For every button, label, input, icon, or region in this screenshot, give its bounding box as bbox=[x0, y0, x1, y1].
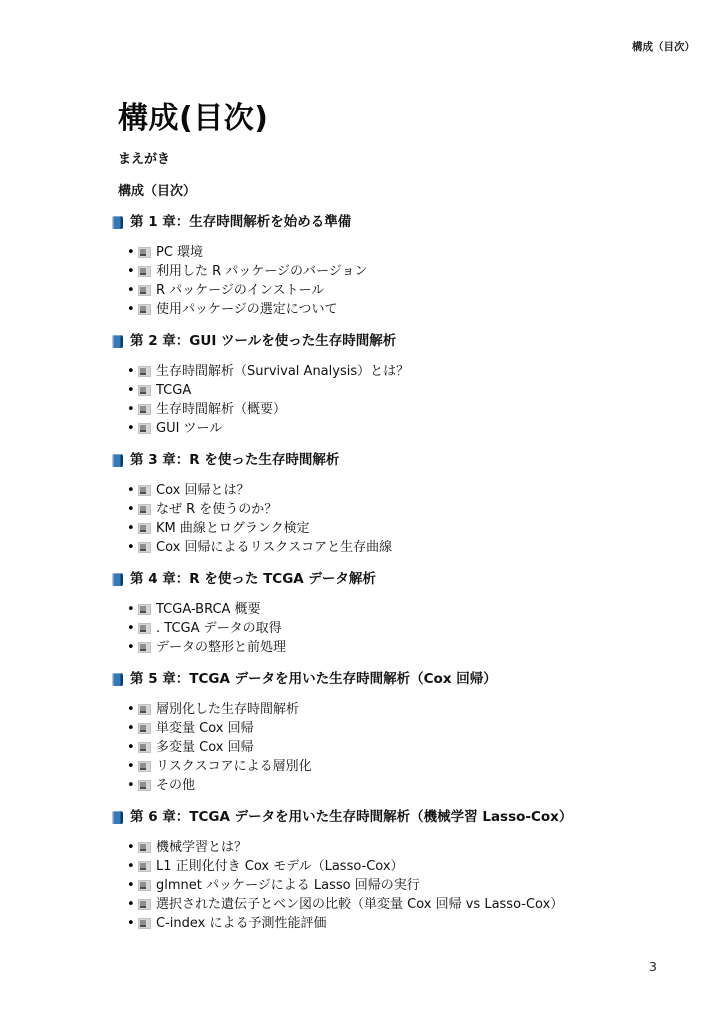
toc-item: •C-index による予測性能評価 bbox=[118, 914, 688, 933]
chapter-heading: 第 4 章：R を使った TCGA データ解析 bbox=[112, 571, 688, 588]
toc-item-link[interactable]: C-index による予測性能評価 bbox=[156, 914, 326, 933]
chapter-section: 第 1 章：生存時間解析を始める準備•PC 環境•利用した R パッケージのバー… bbox=[118, 214, 688, 319]
toc-item-link[interactable]: glmnet パッケージによる Lasso 回帰の実行 bbox=[156, 876, 420, 895]
bullet: • bbox=[127, 600, 138, 619]
chapter-heading: 第 2 章：GUI ツールを使った生存時間解析 bbox=[112, 333, 688, 350]
page-icon bbox=[138, 899, 151, 910]
bullet: • bbox=[127, 300, 138, 319]
bullet: • bbox=[127, 838, 138, 857]
chapter-heading: 第 3 章：R を使った生存時間解析 bbox=[112, 452, 688, 469]
page-icon bbox=[138, 385, 151, 396]
bullet: • bbox=[127, 757, 138, 776]
bullet: • bbox=[127, 281, 138, 300]
bullet: • bbox=[127, 500, 138, 519]
toc-item-link[interactable]: L1 正則化付き Cox モデル（Lasso-Cox） bbox=[156, 857, 404, 876]
toc-item: •glmnet パッケージによる Lasso 回帰の実行 bbox=[118, 876, 688, 895]
bullet: • bbox=[127, 719, 138, 738]
toc-item-link[interactable]: なぜ R を使うのか？ bbox=[156, 500, 277, 519]
bullet: • bbox=[127, 738, 138, 757]
bullet: • bbox=[127, 876, 138, 895]
toc-item-link[interactable]: TCGA bbox=[156, 381, 191, 400]
chapter-heading: 第 6 章：TCGA データを用いた生存時間解析（機械学習 Lasso-Cox） bbox=[112, 809, 688, 826]
toc-item: •Cox 回帰とは？ bbox=[118, 481, 688, 500]
page-icon bbox=[138, 623, 151, 634]
toc-item-link[interactable]: GUI ツール bbox=[156, 419, 222, 438]
chapter-item-list: •Cox 回帰とは？•なぜ R を使うのか？•KM 曲線とログランク検定•Cox… bbox=[118, 481, 688, 557]
toc-item-link[interactable]: 単変量 Cox 回帰 bbox=[156, 719, 254, 738]
toc-item: •単変量 Cox 回帰 bbox=[118, 719, 688, 738]
bullet: • bbox=[127, 914, 138, 933]
toc-item-link[interactable]: . TCGA データの取得 bbox=[156, 619, 282, 638]
toc-item-link[interactable]: 利用した R パッケージのバージョン bbox=[156, 262, 368, 281]
chapter-item-list: •生存時間解析（Survival Analysis）とは？•TCGA•生存時間解… bbox=[118, 362, 688, 438]
bullet: • bbox=[127, 262, 138, 281]
bullet: • bbox=[127, 419, 138, 438]
page-number: 3 bbox=[649, 959, 657, 974]
page-icon bbox=[138, 723, 151, 734]
bullet: • bbox=[127, 538, 138, 557]
toc-item-link[interactable]: データの整形と前処理 bbox=[156, 638, 286, 657]
page-icon bbox=[138, 504, 151, 515]
chapter-section: 第 2 章：GUI ツールを使った生存時間解析•生存時間解析（Survival … bbox=[118, 333, 688, 438]
book-icon bbox=[112, 673, 123, 686]
toc-item: •その他 bbox=[118, 776, 688, 795]
page-icon bbox=[138, 704, 151, 715]
book-icon bbox=[112, 216, 123, 229]
page-icon bbox=[138, 285, 151, 296]
chapter-item-list: •PC 環境•利用した R パッケージのバージョン•R パッケージのインストール… bbox=[118, 243, 688, 319]
page-icon bbox=[138, 604, 151, 615]
page-icon bbox=[138, 918, 151, 929]
page-icon bbox=[138, 404, 151, 415]
chapter-title-link[interactable]: 第 6 章：TCGA データを用いた生存時間解析（機械学習 Lasso-Cox） bbox=[130, 809, 572, 826]
toc-item: •PC 環境 bbox=[118, 243, 688, 262]
toc-item: •なぜ R を使うのか？ bbox=[118, 500, 688, 519]
toc-item: •機械学習とは？ bbox=[118, 838, 688, 857]
toc-item-link[interactable]: Cox 回帰によるリスクスコアと生存曲線 bbox=[156, 538, 392, 557]
toc-item-link[interactable]: 使用パッケージの選定について bbox=[156, 300, 337, 319]
toc-item: •生存時間解析（概要） bbox=[118, 400, 688, 419]
toc-item: •Cox 回帰によるリスクスコアと生存曲線 bbox=[118, 538, 688, 557]
book-icon bbox=[112, 454, 123, 467]
book-icon bbox=[112, 335, 123, 348]
toc-item: •選択された遺伝子とベン図の比較（単変量 Cox 回帰 vs Lasso-Cox… bbox=[118, 895, 688, 914]
bullet: • bbox=[127, 857, 138, 876]
toc-item: •R パッケージのインストール bbox=[118, 281, 688, 300]
toc-item-link[interactable]: 層別化した生存時間解析 bbox=[156, 700, 299, 719]
toc-item-link[interactable]: 機械学習とは？ bbox=[156, 838, 247, 857]
bullet: • bbox=[127, 381, 138, 400]
bullet: • bbox=[127, 776, 138, 795]
toc-item: •KM 曲線とログランク検定 bbox=[118, 519, 688, 538]
toc-item: •データの整形と前処理 bbox=[118, 638, 688, 657]
chapter-section: 第 5 章：TCGA データを用いた生存時間解析（Cox 回帰）•層別化した生存… bbox=[118, 671, 688, 795]
toc-item-link[interactable]: R パッケージのインストール bbox=[156, 281, 324, 300]
page-icon bbox=[138, 842, 151, 853]
bullet: • bbox=[127, 481, 138, 500]
toc-item: •TCGA bbox=[118, 381, 688, 400]
toc-item-link[interactable]: 選択された遺伝子とベン図の比較（単変量 Cox 回帰 vs Lasso-Cox） bbox=[156, 895, 563, 914]
page-icon bbox=[138, 880, 151, 891]
chapter-title-link[interactable]: 第 4 章：R を使った TCGA データ解析 bbox=[130, 571, 376, 588]
chapters: 第 1 章：生存時間解析を始める準備•PC 環境•利用した R パッケージのバー… bbox=[118, 214, 688, 933]
bullet: • bbox=[127, 619, 138, 638]
toc-item-link[interactable]: 多変量 Cox 回帰 bbox=[156, 738, 254, 757]
toc-entry-preface[interactable]: まえがき bbox=[118, 152, 688, 168]
page-icon bbox=[138, 761, 151, 772]
bullet: • bbox=[127, 243, 138, 262]
page-icon bbox=[138, 366, 151, 377]
toc-item: •利用した R パッケージのバージョン bbox=[118, 262, 688, 281]
page-icon bbox=[138, 780, 151, 791]
page-icon bbox=[138, 542, 151, 553]
toc-item-link[interactable]: PC 環境 bbox=[156, 243, 203, 262]
book-icon bbox=[112, 811, 123, 824]
toc-content: 構成(目次) まえがき 構成（目次） 第 1 章：生存時間解析を始める準備•PC… bbox=[118, 101, 688, 933]
book-icon bbox=[112, 573, 123, 586]
toc-item: •リスクスコアによる層別化 bbox=[118, 757, 688, 776]
toc-item: •層別化した生存時間解析 bbox=[118, 700, 688, 719]
chapter-section: 第 6 章：TCGA データを用いた生存時間解析（機械学習 Lasso-Cox）… bbox=[118, 809, 688, 933]
toc-item-link[interactable]: その他 bbox=[156, 776, 195, 795]
page-icon bbox=[138, 642, 151, 653]
toc-item-link[interactable]: 生存時間解析（概要） bbox=[156, 400, 286, 419]
toc-item: •L1 正則化付き Cox モデル（Lasso-Cox） bbox=[118, 857, 688, 876]
chapter-item-list: •機械学習とは？•L1 正則化付き Cox モデル（Lasso-Cox）•glm… bbox=[118, 838, 688, 933]
chapter-heading: 第 1 章：生存時間解析を始める準備 bbox=[112, 214, 688, 231]
document-page: 構成（目次） 構成(目次) まえがき 構成（目次） 第 1 章：生存時間解析を始… bbox=[0, 0, 724, 1024]
toc-item-link[interactable]: リスクスコアによる層別化 bbox=[156, 757, 312, 776]
page-icon bbox=[138, 742, 151, 753]
chapter-title-link[interactable]: 第 2 章：GUI ツールを使った生存時間解析 bbox=[130, 333, 396, 350]
toc-item-link[interactable]: KM 曲線とログランク検定 bbox=[156, 519, 310, 538]
chapter-title-link[interactable]: 第 3 章：R を使った生存時間解析 bbox=[130, 452, 339, 469]
bullet: • bbox=[127, 638, 138, 657]
page-icon bbox=[138, 861, 151, 872]
bullet: • bbox=[127, 519, 138, 538]
toc-item: •多変量 Cox 回帰 bbox=[118, 738, 688, 757]
toc-item: •生存時間解析（Survival Analysis）とは？ bbox=[118, 362, 688, 381]
bullet: • bbox=[127, 400, 138, 419]
toc-item-link[interactable]: TCGA-BRCA 概要 bbox=[156, 600, 261, 619]
toc-item: •GUI ツール bbox=[118, 419, 688, 438]
chapter-title-link[interactable]: 第 5 章：TCGA データを用いた生存時間解析（Cox 回帰） bbox=[130, 671, 497, 688]
chapter-section: 第 3 章：R を使った生存時間解析•Cox 回帰とは？•なぜ R を使うのか？… bbox=[118, 452, 688, 557]
running-header: 構成（目次） bbox=[632, 39, 695, 54]
page-title: 構成(目次) bbox=[118, 101, 688, 137]
toc-item: •. TCGA データの取得 bbox=[118, 619, 688, 638]
chapter-section: 第 4 章：R を使った TCGA データ解析•TCGA-BRCA 概要•. T… bbox=[118, 571, 688, 657]
page-icon bbox=[138, 266, 151, 277]
toc-item: •TCGA-BRCA 概要 bbox=[118, 600, 688, 619]
chapter-title-link[interactable]: 第 1 章：生存時間解析を始める準備 bbox=[130, 214, 351, 231]
page-icon bbox=[138, 485, 151, 496]
bullet: • bbox=[127, 362, 138, 381]
page-icon bbox=[138, 523, 151, 534]
chapter-heading: 第 5 章：TCGA データを用いた生存時間解析（Cox 回帰） bbox=[112, 671, 688, 688]
page-icon bbox=[138, 247, 151, 258]
bullet: • bbox=[127, 895, 138, 914]
bullet: • bbox=[127, 700, 138, 719]
toc-item-link[interactable]: Cox 回帰とは？ bbox=[156, 481, 249, 500]
toc-item-link[interactable]: 生存時間解析（Survival Analysis）とは？ bbox=[156, 362, 409, 381]
page-icon bbox=[138, 423, 151, 434]
toc-item: •使用パッケージの選定について bbox=[118, 300, 688, 319]
chapter-item-list: •TCGA-BRCA 概要•. TCGA データの取得•データの整形と前処理 bbox=[118, 600, 688, 657]
chapter-item-list: •層別化した生存時間解析•単変量 Cox 回帰•多変量 Cox 回帰•リスクスコ… bbox=[118, 700, 688, 795]
page-icon bbox=[138, 304, 151, 315]
toc-entry-contents[interactable]: 構成（目次） bbox=[118, 184, 688, 200]
